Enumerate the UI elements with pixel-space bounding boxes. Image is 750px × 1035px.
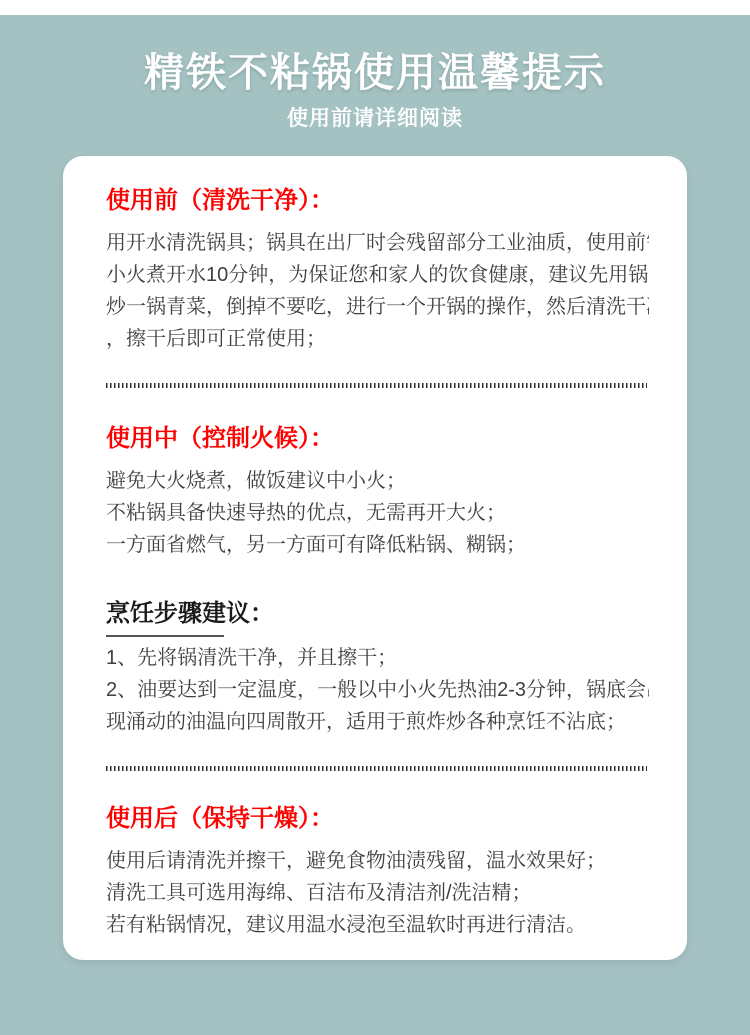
section-during-use-heading: 使用中（控制火候）： [106, 424, 649, 454]
dotted-separator [106, 766, 647, 771]
section-during-use-body: 避免大火烧煮，做饭建议中小火； 不粘锅具备快速导热的优点，无需再开大火； 一方面… [106, 465, 649, 561]
dotted-separator [106, 383, 647, 388]
body-line: 若有粘锅情况，建议用温水浸泡至温软时再进行清洁。 [106, 909, 649, 941]
heading-underline [106, 635, 224, 637]
body-line: 1、先将锅清洗干净，并且擦干； [106, 642, 649, 674]
body-line: 用开水清洗锅具；锅具在出厂时会残留部分工业油质，使用前需 [106, 227, 649, 259]
section-after-use-body: 使用后请清洗并擦干，避免食物油渍残留，温水效果好； 清洗工具可选用海绵、百洁布及… [106, 845, 649, 941]
top-white-strip [0, 0, 750, 15]
body-line: 避免大火烧煮，做饭建议中小火； [106, 465, 649, 497]
body-line: 炒一锅青菜，倒掉不要吃，进行一个开锅的操作，然后清洗干净 [106, 291, 649, 323]
usage-tips-page: 精铁不粘锅使用温馨提示 使用前请详细阅读 使用前（清洗干净）： 用开水清洗锅具；… [0, 0, 750, 1035]
section-during-use: 使用中（控制火候）： 避免大火烧煮，做饭建议中小火； 不粘锅具备快速导热的优点，… [106, 424, 649, 561]
body-line: ，擦干后即可正常使用； [106, 323, 649, 355]
page-title: 精铁不粘锅使用温馨提示 [0, 50, 750, 96]
body-line: 使用后请清洗并擦干，避免食物油渍残留，温水效果好； [106, 845, 649, 877]
page-subtitle: 使用前请详细阅读 [0, 106, 750, 132]
body-line: 2、油要达到一定温度，一般以中小火先热油2-3分钟，锅底会出 [106, 674, 649, 706]
section-cooking-steps-heading: 烹饪步骤建议： [106, 599, 649, 629]
section-before-use-heading: 使用前（清洗干净）： [106, 186, 649, 216]
body-line: 现涌动的油温向四周散开，适用于煎炸炒各种烹饪不沾底； [106, 706, 649, 738]
section-after-use: 使用后（保持干燥）： 使用后请清洗并擦干，避免食物油渍残留，温水效果好； 清洗工… [106, 804, 649, 941]
body-line: 清洗工具可选用海绵、百洁布及清洁剂/洗洁精； [106, 877, 649, 909]
body-line: 不粘锅具备快速导热的优点，无需再开大火； [106, 497, 649, 529]
section-cooking-steps: 烹饪步骤建议： 1、先将锅清洗干净，并且擦干； 2、油要达到一定温度，一般以中小… [106, 599, 649, 738]
section-before-use-body: 用开水清洗锅具；锅具在出厂时会残留部分工业油质，使用前需 小火煮开水10分钟，为… [106, 227, 649, 355]
section-cooking-steps-body: 1、先将锅清洗干净，并且擦干； 2、油要达到一定温度，一般以中小火先热油2-3分… [106, 642, 649, 738]
page-header: 精铁不粘锅使用温馨提示 使用前请详细阅读 [0, 15, 750, 132]
section-after-use-heading: 使用后（保持干燥）： [106, 804, 649, 834]
body-line: 小火煮开水10分钟，为保证您和家人的饮食健康，建议先用锅具 [106, 259, 649, 291]
body-line: 一方面省燃气，另一方面可有降低粘锅、糊锅； [106, 529, 649, 561]
section-before-use: 使用前（清洗干净）： 用开水清洗锅具；锅具在出厂时会残留部分工业油质，使用前需 … [106, 186, 649, 355]
tips-card: 使用前（清洗干净）： 用开水清洗锅具；锅具在出厂时会残留部分工业油质，使用前需 … [63, 156, 687, 960]
